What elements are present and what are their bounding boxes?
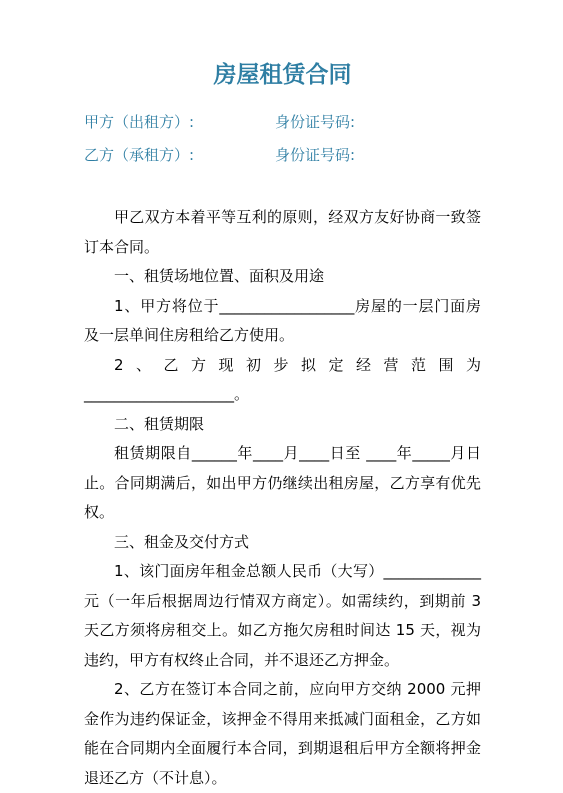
intro-paragraph: 甲乙双方本着平等互利的原则，经双方友好协商一致签订本合同。	[84, 203, 481, 262]
parties-block: 甲方（出租方）: 身份证号码: 乙方（承租方）: 身份证号码:	[84, 112, 481, 165]
party-b-id-label: 身份证号码:	[275, 145, 355, 165]
section-3-clause-2: 2、乙方在签订本合同之前，应向甲方交纳 2000 元押金作为违约保证金，该押金不…	[84, 675, 481, 793]
contract-page: 房屋租赁合同 甲方（出租方）: 身份证号码: 乙方（承租方）: 身份证号码: 甲…	[0, 0, 563, 793]
party-b-row: 乙方（承租方）: 身份证号码:	[84, 145, 481, 165]
party-a-row: 甲方（出租方）: 身份证号码:	[84, 112, 481, 132]
section-3-clause-1: 1、该门面房年租金总额人民币（大写）_____________ 元（一年后根据周…	[84, 557, 481, 675]
section-1-clause-1: 1、甲方将位于__________________房屋的一层门面房及一层单间住房…	[84, 292, 481, 351]
section-2-heading: 二、租赁期限	[84, 410, 481, 440]
section-1-heading: 一、租赁场地位置、面积及用途	[84, 262, 481, 292]
party-a-id-label: 身份证号码:	[275, 112, 355, 132]
party-b-label: 乙方（承租方）:	[84, 145, 275, 165]
section-2-clause-1: 租赁期限自______年____月____日至 ____年_____月日止。合同…	[84, 439, 481, 528]
contract-body: 甲乙双方本着平等互利的原则，经双方友好协商一致签订本合同。 一、租赁场地位置、面…	[84, 203, 481, 793]
section-1-clause-2: 2、乙方现初步拟定经营范围为____________________。	[84, 351, 481, 410]
party-a-label: 甲方（出租方）:	[84, 112, 275, 132]
section-3-heading: 三、租金及交付方式	[84, 528, 481, 558]
document-title: 房屋租赁合同	[84, 60, 481, 90]
